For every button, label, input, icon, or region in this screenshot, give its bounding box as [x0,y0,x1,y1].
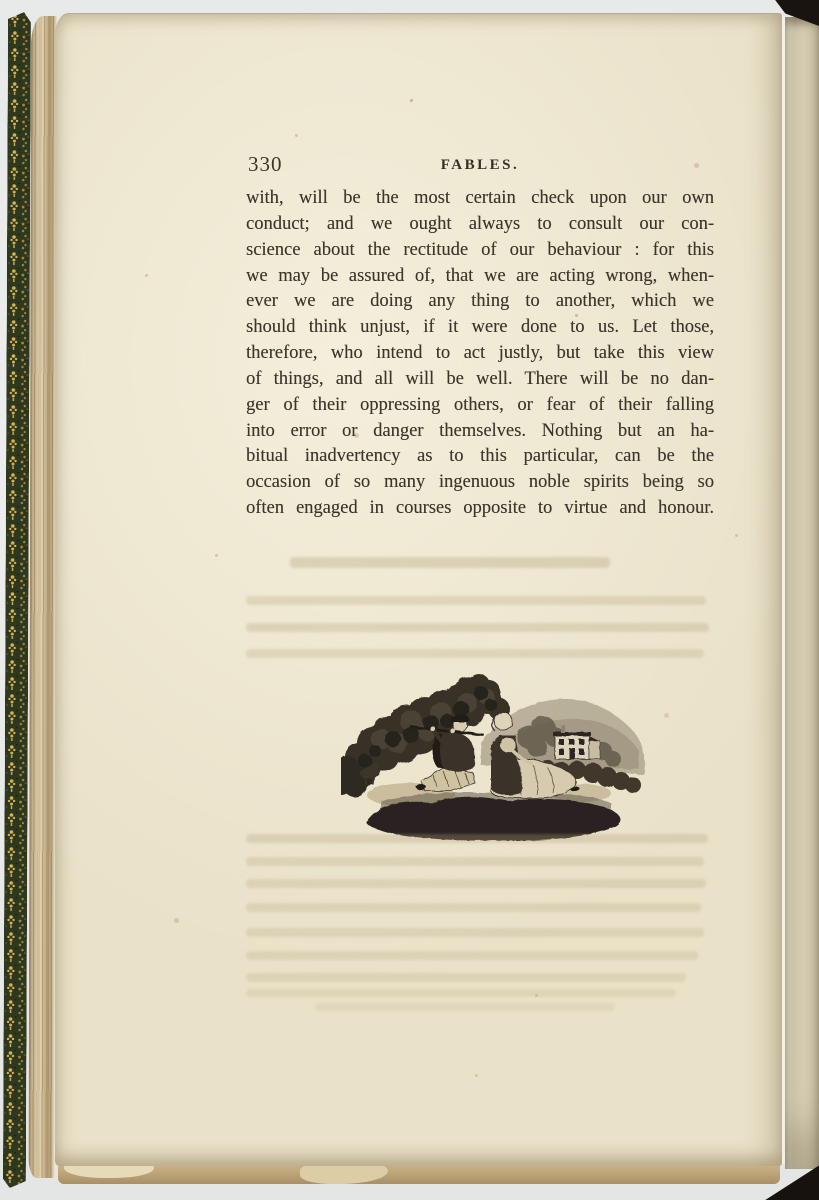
show-through-line [246,973,686,982]
show-through-line [246,951,698,960]
text-line: we may be assured of, that we are acting… [246,264,714,290]
text-line: should think unjust, if it were done to … [246,315,714,341]
text-line: therefore, who intend to act justly, but… [246,341,714,367]
show-through-line [246,834,708,843]
running-header: FABLES. [246,157,714,174]
book-cover-board-edge [3,12,31,1188]
text-line: occasion of so many ingenuous noble spir… [246,470,714,496]
text-line: ever we are doing any thing to another, … [246,289,714,315]
text-line: into error or danger themselves. Nothing… [246,419,714,445]
show-through-line [246,857,704,866]
text-line: conduct; and we ought always to consult … [246,212,714,238]
show-through-line [246,596,706,605]
show-through-line [315,1003,615,1011]
book-page: 330 FABLES. with, will be the most certa… [55,13,782,1166]
show-through-line [246,903,701,912]
text-line: of things, and all will be well. There w… [246,367,714,393]
facing-page-edge [785,17,819,1169]
show-through-line [246,879,706,888]
show-through-line [246,623,709,632]
show-through-line [246,989,676,997]
text-line: ger of their oppressing others, or fear … [246,393,714,419]
text-line: with, will be the most certain check upo… [246,186,714,212]
text-line: bitual inadvertency as to this particula… [246,444,714,470]
page-block-fore-edge [29,16,57,1178]
gutter-highlight-line [782,16,785,1164]
show-through-heading [290,557,610,568]
gold-tooling-pattern [3,12,31,1188]
body-text: with, will be the most certain check upo… [246,186,714,522]
scanned-book-photo: 330 FABLES. with, will be the most certa… [0,0,819,1200]
text-line: science about the rectitude of our behav… [246,238,714,264]
show-through-line [246,649,704,658]
text-line: often engaged in courses opposite to vir… [246,496,714,522]
show-through-line [246,928,704,937]
foxing-specks [55,14,58,17]
woodcut-illustration [341,673,647,845]
